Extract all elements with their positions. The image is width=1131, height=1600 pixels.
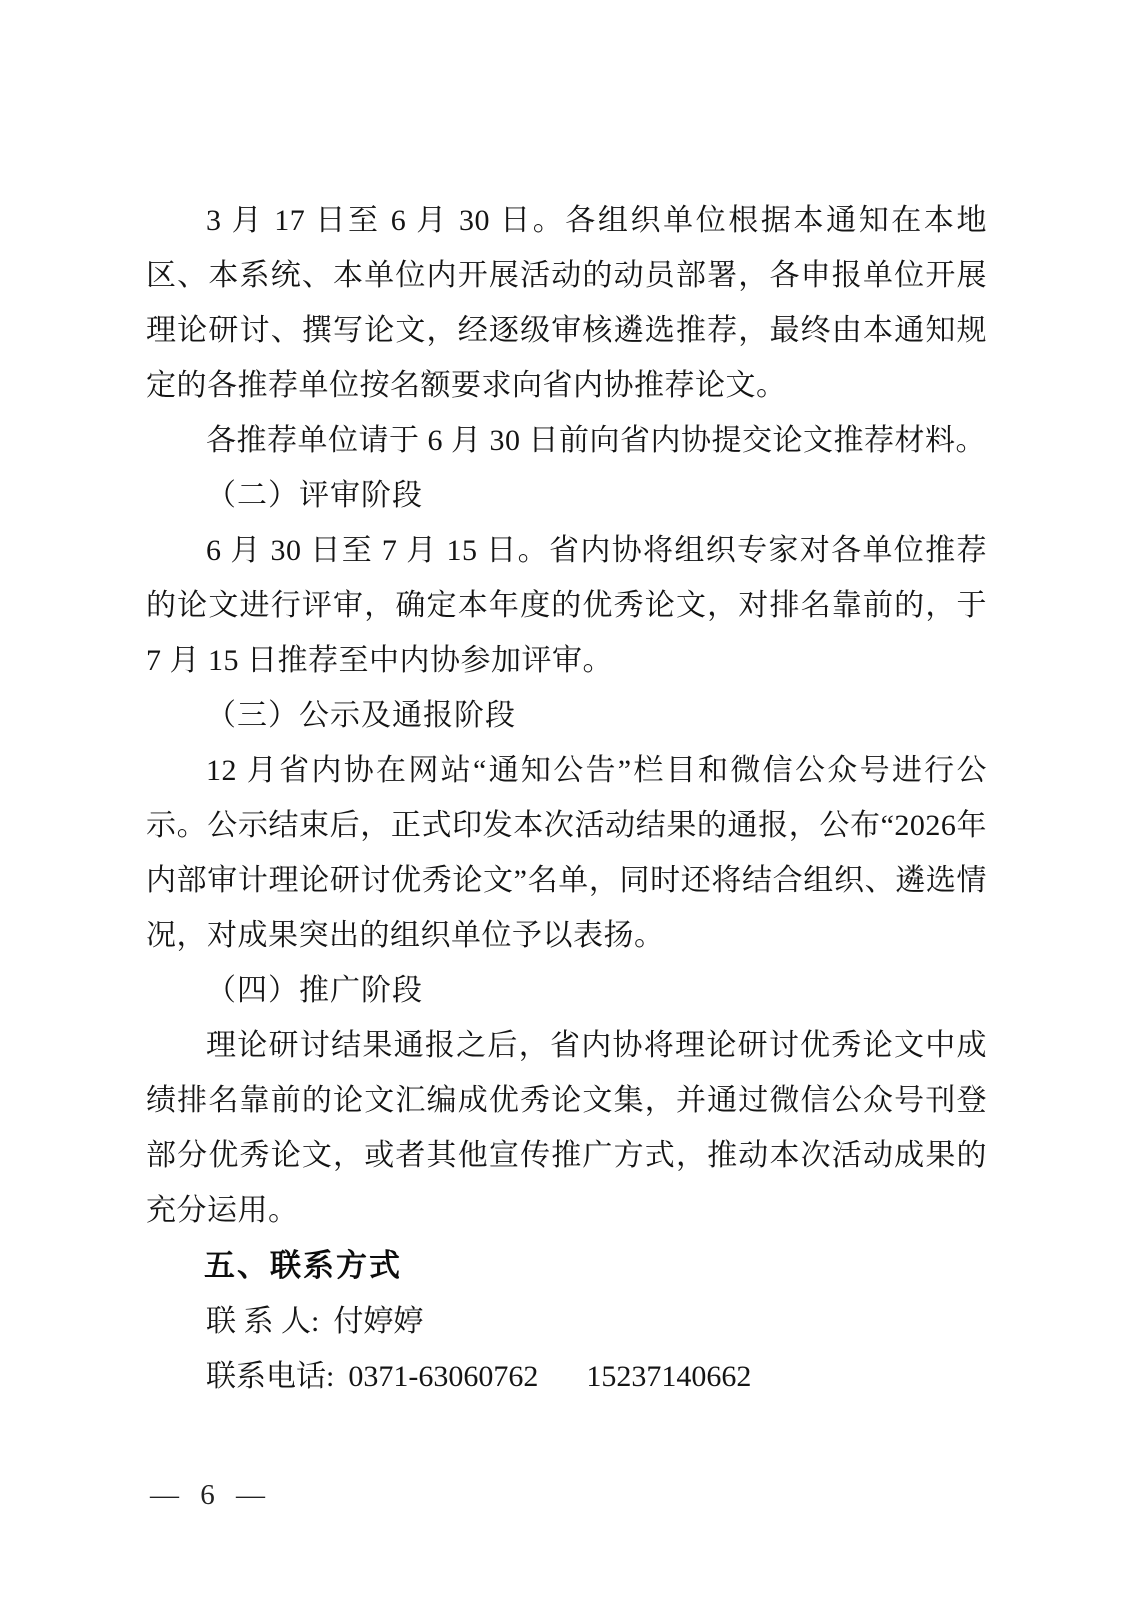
page-number: — 6 — xyxy=(150,1477,265,1513)
paragraph-promotion-stage-detail: 理论研讨结果通报之后，省内协将理论研讨优秀论文中成绩排名靠前的论文汇编成优秀论文… xyxy=(146,1018,987,1238)
contact-phone-line: 联系电话:0371-6306076215237140662 xyxy=(146,1349,987,1404)
section-subheading-promotion-stage: （四）推广阶段 xyxy=(146,963,987,1018)
paragraph-publicity-stage-detail: 12 月省内协在网站“通知公告”栏目和微信公众号进行公示。公示结束后，正式印发本… xyxy=(146,743,987,963)
contact-phone-number-2: 15237140662 xyxy=(586,1360,751,1393)
paragraph-review-stage-detail: 6 月 30 日至 7 月 15 日。省内协将组织专家对各单位推荐的论文进行评审… xyxy=(146,523,987,688)
contact-phone-number-1: 0371-63060762 xyxy=(348,1360,538,1393)
contact-phone-label: 联系电话: xyxy=(206,1360,334,1393)
paragraph-submission-deadline: 各推荐单位请于 6 月 30 日前向省内协提交论文推荐材料。 xyxy=(146,413,987,468)
contact-person-label: 联 系 人: xyxy=(206,1305,319,1338)
contact-person-line: 联 系 人:付婷婷 xyxy=(146,1294,987,1349)
section-subheading-review-stage: （二）评审阶段 xyxy=(146,468,987,523)
document-page: 3 月 17 日至 6 月 30 日。各组织单位根据本通知在本地区、本系统、本单… xyxy=(0,0,1131,1600)
section-heading-contact-info: 五、联系方式 xyxy=(146,1238,987,1294)
paragraph-activity-mobilization: 3 月 17 日至 6 月 30 日。各组织单位根据本通知在本地区、本系统、本单… xyxy=(146,193,987,413)
section-subheading-publicity-stage: （三）公示及通报阶段 xyxy=(146,688,987,743)
contact-person-name: 付婷婷 xyxy=(333,1305,423,1338)
document-body: 3 月 17 日至 6 月 30 日。各组织单位根据本通知在本地区、本系统、本单… xyxy=(146,193,987,1404)
